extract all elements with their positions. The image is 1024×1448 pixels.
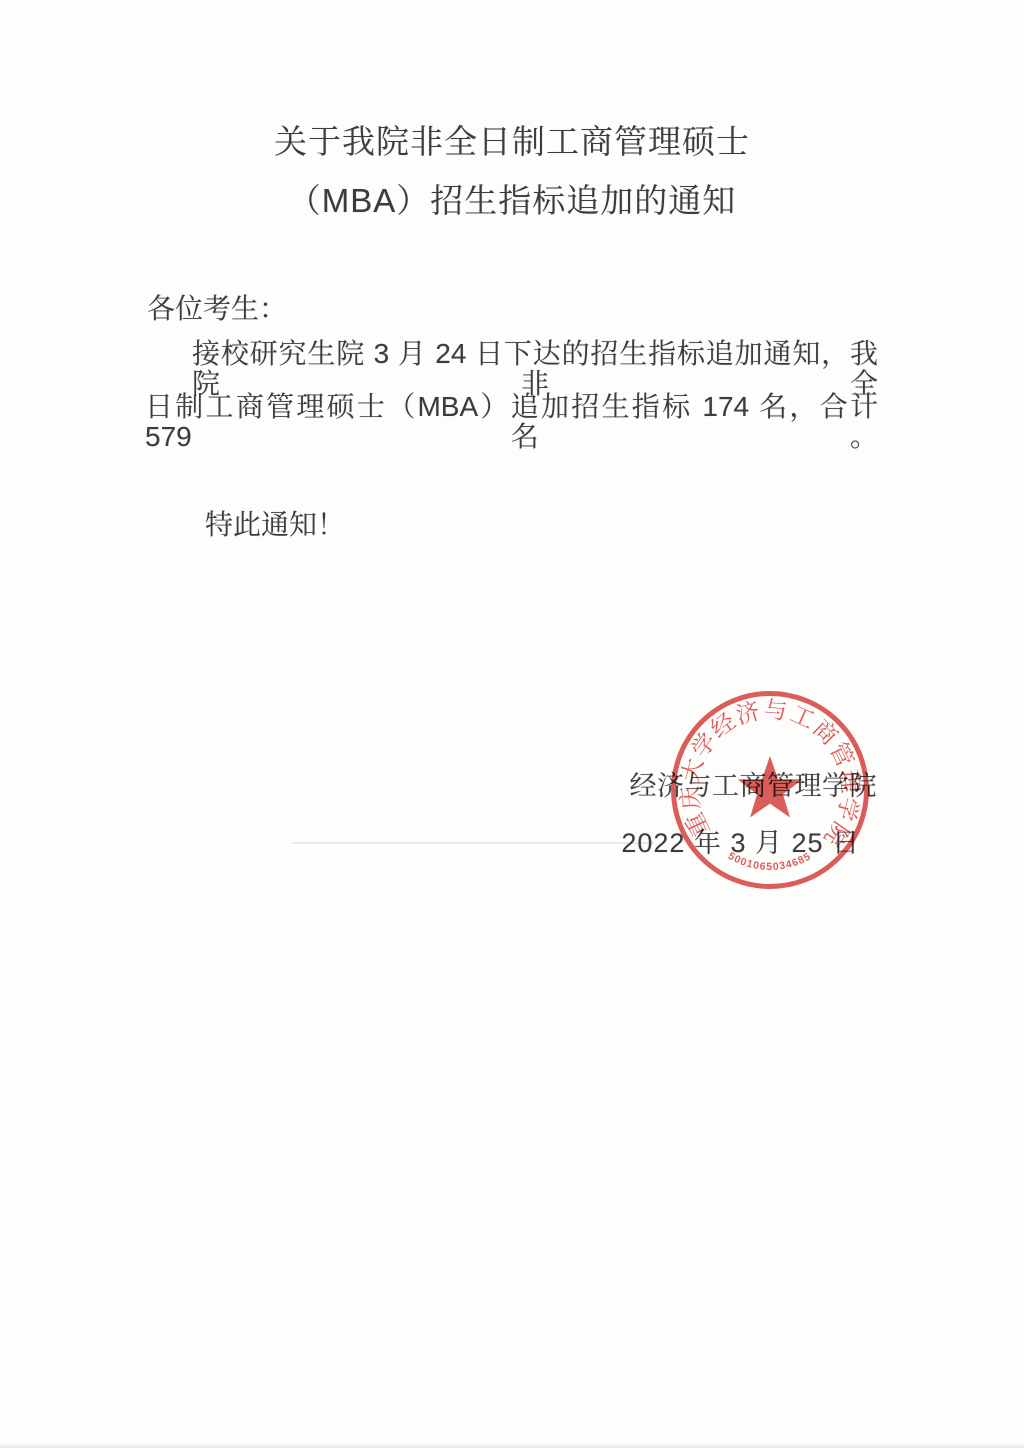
scan-bottom-edge	[0, 1443, 1024, 1448]
document-title: 关于我院非全日制工商管理硕士 （MBA）招生指标追加的通知	[0, 112, 1024, 230]
body-paragraph: 接校研究生院 3 月 24 日下达的招生指标追加通知，我院非全 日制工商管理硕士…	[145, 339, 878, 445]
red-star-icon	[738, 756, 803, 818]
svg-text:5001065034685: 5001065034685	[726, 850, 814, 873]
scanned-notice-page: 关于我院非全日制工商管理硕士 （MBA）招生指标追加的通知 各位考生： 接校研究…	[0, 0, 1024, 1448]
title-line-2: （MBA）招生指标追加的通知	[0, 171, 1024, 230]
title-line-1: 关于我院非全日制工商管理硕士	[0, 112, 1024, 171]
body-line-2: 日制工商管理硕士（MBA）追加招生指标 174 名，合计 579 名。	[145, 392, 878, 445]
scan-artifact-line	[292, 842, 654, 844]
seal-serial-number: 5001065034685	[726, 850, 814, 873]
salutation: 各位考生：	[147, 287, 287, 327]
closing-line: 特此通知！	[205, 503, 345, 543]
official-seal: 重庆大学经济与工商管理学院 5001065034685	[665, 685, 875, 895]
body-line-1: 接校研究生院 3 月 24 日下达的招生指标追加通知，我院非全	[145, 339, 878, 392]
